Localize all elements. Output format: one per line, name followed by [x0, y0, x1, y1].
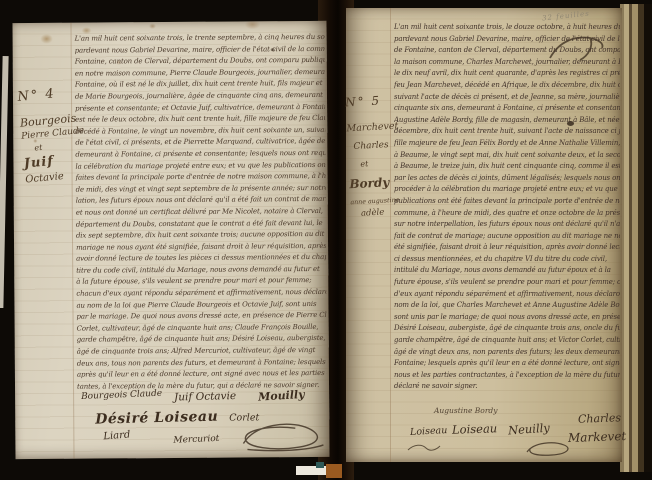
manuscript-line: sont unis par le mariage; de quoi nous a… — [394, 312, 620, 324]
signature: Loiseau — [410, 425, 448, 438]
signature: Augustine Bordy — [434, 406, 497, 415]
manuscript-line: déclaré ne savoir signer. — [394, 381, 620, 393]
manuscript-line: d'eux ayant répondu séparément et affirm… — [394, 289, 620, 301]
signature: Loiseau — [452, 421, 498, 437]
manuscript-line: suivant l'acte de décès ci présent, et d… — [394, 92, 620, 104]
manuscript-line: et nous ont donné un certificat délivré … — [76, 206, 326, 219]
manuscript-line: la maison commune, Charles Marchevet, jo… — [394, 57, 620, 69]
signature: Juif Octavie — [174, 390, 236, 404]
margin-note-line: Charles — [353, 140, 397, 152]
manuscript-line: à Beaume, le treize juin, dix huit cent … — [394, 161, 620, 173]
manuscript-line: ci dessus mentionnées, et du chapitre VI… — [394, 254, 620, 266]
manuscript-line: feu Jean Marchevet, décédé en Afrique, l… — [394, 80, 620, 92]
margin-rule-line — [390, 8, 391, 462]
manuscript-line: fait de contrat de mariage; aucune oppos… — [394, 231, 620, 243]
signature: Mouilly — [258, 388, 305, 404]
manuscript-line: par les actes de décès ci joints, dûment… — [394, 173, 620, 185]
manuscript-line: été signifiée, faisant droit à leur réqu… — [394, 242, 620, 254]
page-stack-edges — [620, 4, 652, 472]
manuscript-line: âgé de vingt deux ans, non parents des f… — [394, 347, 620, 359]
act-number: N° 5 — [345, 93, 396, 110]
act-number: N° 4 — [17, 84, 80, 105]
signature: Désiré Loiseau — [95, 409, 218, 428]
bottom-marker-teal — [316, 462, 324, 468]
margin-note-line: anne augustine — [350, 197, 400, 207]
right-page-manuscript: L'an mil huit cent soixante trois, le do… — [394, 22, 620, 393]
signature-flourish — [524, 440, 572, 458]
signature: Corlet — [229, 412, 259, 423]
left-page-manuscript: L'an mil huit cent soixante trois, le tr… — [75, 32, 328, 393]
manuscript-line: nom de la loi, que Charles Marchevet et … — [394, 300, 620, 312]
manuscript-line: L'an mil huit cent soixante trois, le do… — [394, 22, 620, 34]
manuscript-line: intitulé du Mariage, nous avons demandé … — [394, 265, 620, 277]
manuscript-line: future épouse, s'ils veulent se prendre … — [394, 277, 620, 289]
manuscript-line: fille majeure de feu Jean Félix Bordy et… — [394, 138, 620, 150]
manuscript-line: commune, à l'heure de midi, des quatre e… — [394, 208, 620, 220]
left-page: N° 4 BourgeoisPierre ClaudeetJuifOctavie… — [12, 21, 329, 459]
manuscript-line: de Fontaine, canton de Clerval, départem… — [394, 45, 620, 57]
register-scan-photo: N° 4 BourgeoisPierre ClaudeetJuifOctavie… — [0, 0, 652, 480]
manuscript-line: garde champêtre, âgé de cinquante huit a… — [394, 335, 620, 347]
manuscript-line: Augustine Adèle Bordy, fille de magasin,… — [394, 115, 620, 127]
signature-flourish — [237, 419, 329, 454]
signature: Mercuriot — [173, 434, 219, 446]
manuscript-line: Désiré Loiseau, aubergiste, âgé de cinqu… — [394, 323, 620, 335]
manuscript-line: cinquante six ans, demeurant à Fontaine,… — [394, 103, 620, 115]
manuscript-line: publications ont été faites devant la pr… — [394, 196, 620, 208]
bottom-marker-orange — [326, 464, 342, 478]
act-parties: MarchevetCharlesetBordyanne augustineadè… — [346, 121, 401, 219]
right-margin-note: N° 5 MarchevetCharlesetBordyanne augusti… — [345, 93, 401, 219]
left-page-signatures: Bourgeois ClaudeJuif OctavieMouillyDésir… — [12, 21, 326, 23]
manuscript-line: sur notre interpellation, les futurs épo… — [394, 219, 620, 231]
manuscript-line: nous et les parties contractantes, à l'e… — [394, 370, 620, 382]
pencil-annotation: 32 feuilles — [542, 10, 590, 23]
signature-flourish — [406, 442, 442, 454]
manuscript-line: le dix neuf avril, dix huit cent quarant… — [394, 68, 620, 80]
margin-note-line: et — [360, 158, 398, 169]
signature: Bourgeois Claude — [81, 389, 162, 402]
manuscript-line: pardevant nous Gabriel Devarine, maire, … — [394, 34, 620, 46]
manuscript-line: à Beaume, le vingt sept mai, dix huit ce… — [394, 150, 620, 162]
loose-page-edge — [0, 56, 9, 308]
right-page: 32 feuilles N° 5 MarchevetCharlesetBordy… — [346, 8, 622, 462]
signature: Charles — [578, 411, 621, 425]
manuscript-line: décembre, dix huit cent trente huit, sui… — [394, 126, 620, 138]
signature: Liard — [103, 429, 131, 442]
signature: Markevet — [568, 429, 627, 445]
margin-note-line: Bordy — [349, 175, 400, 192]
margin-note-line: Marchevet — [346, 121, 397, 135]
manuscript-line: Fontaine; lesquels après qu'il leur en a… — [394, 358, 620, 370]
manuscript-line: procéder à la célébration du mariage pro… — [394, 184, 620, 196]
signature: Neuilly — [508, 421, 551, 438]
